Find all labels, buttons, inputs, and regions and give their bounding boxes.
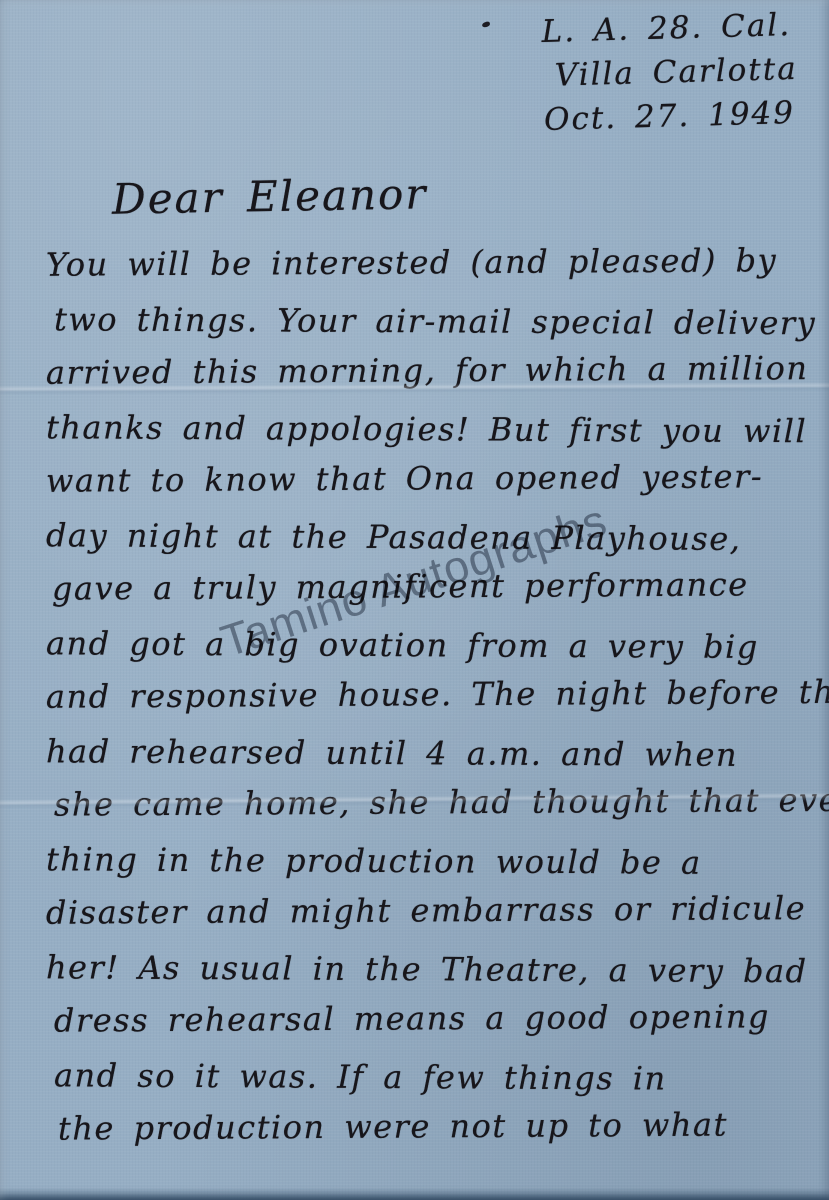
letter-line: gave a truly magnificent performance xyxy=(0,559,829,618)
heading-place-line: L. A. 28. Cal. xyxy=(541,3,797,54)
letter-line: arrived this morning, for which a millio… xyxy=(0,343,829,402)
letter-line: You will be interested (and pleased) by xyxy=(0,235,829,294)
heading-address-line: Villa Carlotta xyxy=(542,47,798,98)
letter-line: she came home, she had thought that ever… xyxy=(0,775,829,834)
letter-page: L. A. 28. Cal. Villa Carlotta Oct. 27. 1… xyxy=(0,0,829,1200)
heading-date-line: Oct. 27. 1949 xyxy=(543,91,799,142)
letter-heading: L. A. 28. Cal. Villa Carlotta Oct. 27. 1… xyxy=(541,3,800,142)
page-edge-shadow xyxy=(0,1188,829,1200)
ink-dot xyxy=(481,21,490,28)
letter-line: the production were not up to what xyxy=(0,1099,829,1158)
letter-line: dress rehearsal means a good opening xyxy=(0,991,829,1050)
letter-line: disaster and might embarrass or ridicule xyxy=(0,883,829,942)
letter-line: and responsive house. The night before t… xyxy=(0,667,829,726)
letter-body: You will be interested (and pleased) by … xyxy=(0,240,829,1158)
salutation: Dear Eleanor xyxy=(112,169,428,223)
letter-line: want to know that Ona opened yester- xyxy=(0,451,829,510)
